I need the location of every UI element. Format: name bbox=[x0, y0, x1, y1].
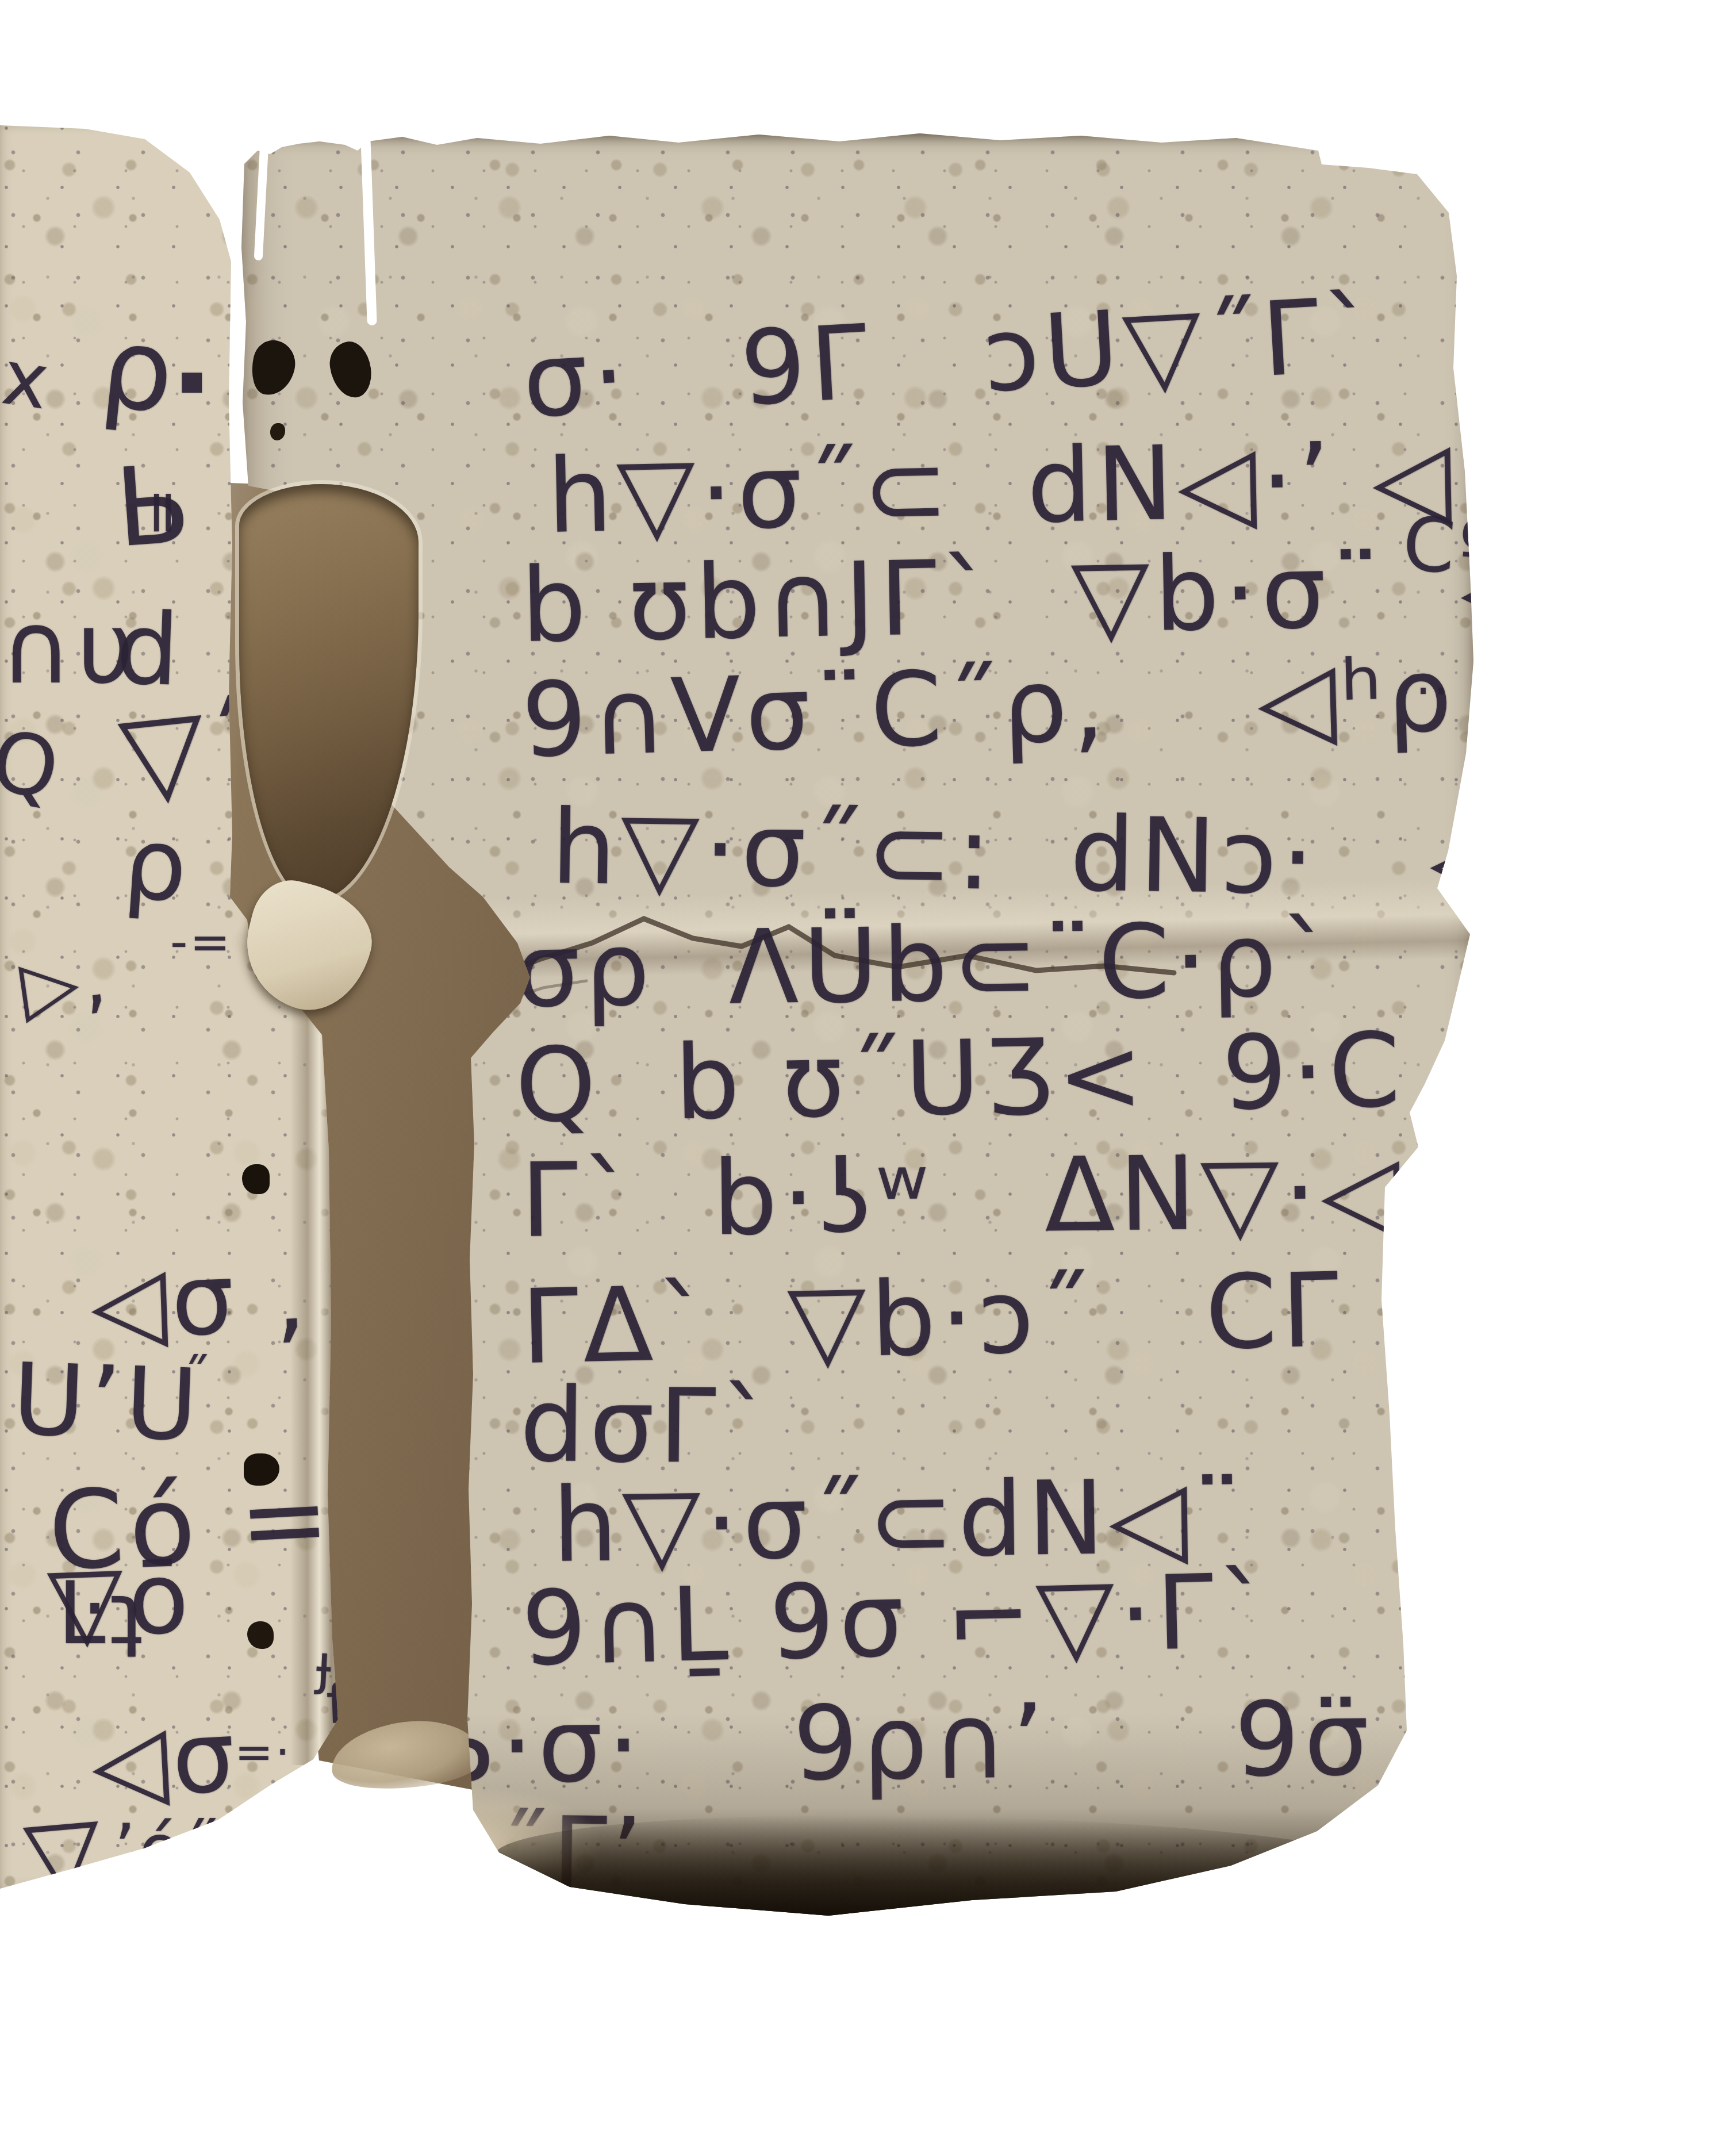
syllabic-margin-fragment: ·· bbox=[1415, 667, 1451, 716]
syllabic-fragment: = bbox=[135, 488, 194, 540]
syllabic-fragment: x bbox=[0, 339, 56, 421]
syllabic-line: h▽·σ˝⊂: dNɔ· ◁·◁ bbox=[551, 796, 1634, 914]
syllabic-fragment: ρ bbox=[121, 814, 195, 917]
syllabic-fragment: ▷, bbox=[16, 939, 114, 1026]
small-hole-1 bbox=[242, 1164, 270, 1194]
small-hole-3 bbox=[247, 1621, 274, 1649]
syllabic-line: ΓΔ` ▽b·ɔ˝ CΓ bbox=[520, 1259, 1344, 1379]
syllabic-line: Γ` b·ʖʷ ΔN▽·◁ bbox=[520, 1141, 1404, 1252]
syllabic-line: h▽·σ˝⊂ dN◁·ʼ ◁ʼ◁ɕ bbox=[546, 423, 1638, 548]
syllabic-fragment: ˝ bbox=[183, 1352, 212, 1405]
syllabic-line: 9∩Ḻ 9σ ⌐▽·Γ` bbox=[520, 1560, 1275, 1681]
syllabic-line: 9∩Vσ¨C˝ρ, ◁ʰρ bbox=[520, 644, 1458, 772]
syllabic-fragment: Q bbox=[0, 719, 68, 813]
syllabic-fragment: d bbox=[114, 599, 185, 700]
syllabic-fragment: -= bbox=[170, 918, 232, 966]
syllabic-line: σρ ΛÜb⊂¨C·ρ` bbox=[515, 908, 1337, 1022]
syllabic-fragment: =· bbox=[235, 1729, 292, 1775]
syllabic-fragment: ▪ bbox=[178, 359, 208, 400]
syllabic-fragment: ρ bbox=[97, 310, 184, 430]
syllabic-line: σ· 9Γ ɔU▽˝Γ` bbox=[520, 283, 1382, 433]
syllabic-fragment: ▽ bbox=[21, 1801, 109, 1907]
syllabic-margin-fragment: Cº bbox=[1400, 506, 1499, 587]
syllabic-fragment: ʼό˝ bbox=[114, 1816, 222, 1885]
syllabic-fragment: ◁σ bbox=[89, 1707, 241, 1813]
syllabic-fragment: Ŀʇ bbox=[57, 1571, 147, 1657]
syllabic-fragment: ◁σ , bbox=[89, 1247, 312, 1353]
manuscript-photo: xρ▪Ь=∩υdQ▽˝ρ-=▷,◁σ ,UʼU˝Có =▽ōĿʇ◁σ=·▽ʼό˝… bbox=[0, 0, 1727, 2156]
syllabic-line: Q b ʊ˝UƷ< 9·C C bbox=[515, 1018, 1519, 1137]
syllabic-line: b ʊb∩JΓ` ▽b·σ¨ ◁·◁ bbox=[520, 535, 1665, 657]
syllabic-fragment: UʼU bbox=[11, 1350, 204, 1455]
